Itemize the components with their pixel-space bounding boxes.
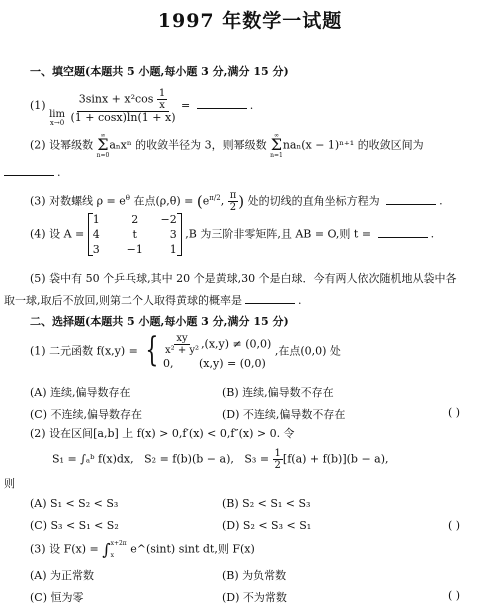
period: . xyxy=(57,166,61,179)
question-1-3: (3) 对数螺线 ρ = eθ 在点(ρ,θ) = (eπ/2, π 2 ) 处… xyxy=(30,190,443,213)
question-1-2: (2) 设幂级数 ∞ Σ n=0 aₙxⁿ 的收敛半径为 3，则幂级数 ∞ Σ … xyxy=(30,133,424,158)
option-key: (D) xyxy=(222,591,239,604)
option-key: (A) xyxy=(30,497,47,510)
option-text: S₂ < S₃ < S₁ xyxy=(243,519,311,532)
s1-definition: S₁ = ∫ₐᵇ f(x)dx, xyxy=(52,453,134,466)
option-2-2-C[interactable]: (C) S₃ < S₁ < S₂ xyxy=(30,519,119,532)
question-2-1: (1) 二元函数 f(x,y) = { xy x² + y² ,(x,y) ≠ … xyxy=(30,333,341,370)
option-key: (C) xyxy=(30,519,47,532)
right-paren: ) xyxy=(238,193,244,211)
left-brace-icon: { xyxy=(146,333,159,370)
inner-fraction: 1 x xyxy=(157,88,167,111)
answer-blank[interactable] xyxy=(386,203,436,205)
left-paren: ( xyxy=(197,193,203,211)
sigma-icon: Σ xyxy=(271,138,282,152)
sum-symbol-1: ∞ Σ n=0 xyxy=(97,133,110,158)
question-label: (3) xyxy=(30,543,46,556)
pi-over-2: π 2 xyxy=(228,190,239,213)
page-title: 1997 年数学一试题 xyxy=(0,6,500,33)
integral-icon: ∫ xyxy=(102,540,110,559)
matrix-cell: 4 xyxy=(93,228,121,241)
option-text: 为正常数 xyxy=(50,569,94,582)
question-1-1: (1) lim x→0 3sinx + x²cos 1 x (1 + cosx)… xyxy=(30,88,253,128)
option-text: 恒为零 xyxy=(51,591,84,604)
option-text: 不连续,偏导数不存在 xyxy=(243,408,346,421)
option-2-1-B[interactable]: (B) 连续,偏导数不存在 xyxy=(222,384,334,400)
s3-prefix: S₃ = xyxy=(244,453,269,466)
question-text: ,B 为三阶非零矩阵,且 AB = O,则 t = xyxy=(185,228,371,241)
question-1-5-line2: 取一球,取后不放回,则第二个人取得黄球的概率是. xyxy=(4,292,302,308)
option-2-1-D[interactable]: (D) 不连续,偏导数不存在 xyxy=(222,406,345,422)
option-text: S₁ < S₂ < S₃ xyxy=(50,497,118,510)
sum-symbol-2: ∞ Σ n=1 xyxy=(270,133,283,158)
frac-den: 2 xyxy=(228,202,238,213)
matrix-A: 1 2 −2 4 t 3 3 −1 1 xyxy=(88,213,182,256)
answer-blank[interactable] xyxy=(245,302,295,304)
integral-upper: x+2π xyxy=(111,541,127,547)
case-1-fraction: xy x² + y² xyxy=(163,333,201,356)
option-text: 不连续,偏导数存在 xyxy=(51,408,143,421)
sum-term: aₙxⁿ xyxy=(109,139,131,152)
case-condition: ,(x,y) ≠ (0,0) xyxy=(201,338,271,351)
section-heading-multiple-choice: 二、选择题(本题共 5 小题,每小题 3 分,满分 15 分) xyxy=(30,313,289,329)
question-text: 对数螺线 ρ = e xyxy=(49,195,126,208)
case-condition: (x,y) = (0,0) xyxy=(199,357,266,370)
inner-den: x xyxy=(157,100,167,111)
option-key: (A) xyxy=(30,569,47,582)
frac-den: x² + y² xyxy=(163,345,201,356)
option-text: 为负常数 xyxy=(242,569,286,582)
option-2-2-D[interactable]: (D) S₂ < S₃ < S₁ xyxy=(222,519,311,532)
option-text: S₃ < S₁ < S₂ xyxy=(51,519,119,532)
question-label: (3) xyxy=(30,195,46,208)
period: . xyxy=(431,228,435,241)
question-2-2: (2) 设在区间[a,b] 上 f(x) > 0,f′(x) < 0,f″(x)… xyxy=(30,425,295,441)
matrix-cell: 2 xyxy=(121,213,149,226)
equals-sign: = xyxy=(181,99,190,112)
answer-blank[interactable] xyxy=(4,174,54,176)
answer-paren[interactable]: ( ) xyxy=(448,589,460,602)
integrand: e^(sint) sint dt xyxy=(130,543,214,556)
s2-definition: S₂ = f(b)(b − a), xyxy=(144,453,234,466)
matrix-cell: 1 xyxy=(149,243,177,256)
sigma-icon: Σ xyxy=(97,138,108,152)
option-2-1-C[interactable]: (C) 不连续,偏导数存在 xyxy=(30,406,142,422)
then-label: 则 xyxy=(4,475,15,491)
frac-den: 2 xyxy=(273,460,283,471)
sum-lower: n=1 xyxy=(270,153,283,158)
option-text: S₂ < S₁ < S₃ xyxy=(242,497,310,510)
case-2: 0, (x,y) = (0,0) xyxy=(163,357,271,370)
question-text: 在点(ρ,θ) = xyxy=(134,195,194,208)
question-text: 设在区间[a,b] 上 f(x) > 0,f′(x) < 0,f″(x) > 0… xyxy=(49,427,294,440)
limit: lim x→0 xyxy=(49,109,65,128)
case-value: 0, xyxy=(163,357,174,370)
option-2-1-A[interactable]: (A) 连续,偏导数存在 xyxy=(30,384,131,400)
option-key: (B) xyxy=(222,497,239,510)
option-2-2-B[interactable]: (B) S₂ < S₁ < S₃ xyxy=(222,497,310,510)
answer-paren[interactable]: ( ) xyxy=(448,519,460,532)
limit-fraction: 3sinx + x²cos 1 x (1 + cosx)ln(1 + x) xyxy=(68,88,177,124)
question-1-2-answer-line: . xyxy=(4,166,61,179)
option-2-3-B[interactable]: (B) 为负常数 xyxy=(222,567,286,583)
question-label: (5) xyxy=(30,272,46,285)
question-label: (1) xyxy=(30,99,46,112)
exponent: θ xyxy=(126,194,130,202)
question-text: 二元函数 f(x,y) = xyxy=(49,345,138,358)
lim-subscript: x→0 xyxy=(50,120,64,128)
integral-limits: x+2π x xyxy=(111,541,127,559)
section-heading-fill-in: 一、填空题(本题共 5 小题,每小题 3 分,满分 15 分) xyxy=(30,63,289,79)
option-2-3-D[interactable]: (D) 不为常数 xyxy=(222,589,287,605)
piecewise-function: { xy x² + y² ,(x,y) ≠ (0,0) 0, (x,y) = (… xyxy=(141,333,271,370)
option-key: (C) xyxy=(30,591,47,604)
question-text: 设 A = xyxy=(49,228,84,241)
question-2-2-definitions: S₁ = ∫ₐᵇ f(x)dx, S₂ = f(b)(b − a), S₃ = … xyxy=(52,448,389,471)
option-2-3-C[interactable]: (C) 恒为零 xyxy=(30,589,84,605)
numerator-text: 3sinx + x²cos xyxy=(79,93,154,106)
option-key: (D) xyxy=(222,408,239,421)
answer-paren[interactable]: ( ) xyxy=(448,406,460,419)
matrix-cell: −2 xyxy=(149,213,177,226)
question-text: 袋中有 50 个乒乓球,其中 20 个是黄球,30 个是白球．今有两人依次随机地… xyxy=(49,272,456,285)
question-text: 设幂级数 xyxy=(49,139,93,152)
integral-lower: x xyxy=(111,553,127,559)
question-label: (4) xyxy=(30,228,46,241)
option-text: 不为常数 xyxy=(243,591,287,604)
option-text: 连续,偏导数存在 xyxy=(50,386,131,399)
option-key: (D) xyxy=(222,519,239,532)
answer-blank[interactable] xyxy=(378,236,428,238)
question-text: ,则 F(x) xyxy=(214,543,254,556)
case-1: xy x² + y² ,(x,y) ≠ (0,0) xyxy=(163,333,271,356)
period: . xyxy=(250,99,254,112)
matrix-cell: 1 xyxy=(93,213,121,226)
sum-term: naₙ(x − 1)ⁿ⁺¹ xyxy=(283,139,354,152)
sum-lower: n=0 xyxy=(97,153,110,158)
s3-suffix: [f(a) + f(b)](b − a), xyxy=(283,453,389,466)
inner-num: 1 xyxy=(157,88,167,100)
frac-num: 1 xyxy=(273,448,283,460)
matrix-cell: −1 xyxy=(121,243,149,256)
question-label: (1) xyxy=(30,345,46,358)
matrix-cell: 3 xyxy=(93,243,121,256)
question-1-4: (4) 设 A = 1 2 −2 4 t 3 3 −1 1 ,B 为三阶非零矩阵… xyxy=(30,213,434,256)
option-text: 连续,偏导数不存在 xyxy=(242,386,334,399)
question-text: 设 F(x) = xyxy=(49,543,99,556)
option-key: (C) xyxy=(30,408,47,421)
frac-num: xy xyxy=(174,333,189,345)
option-2-3-A[interactable]: (A) 为正常数 xyxy=(30,567,94,583)
question-label: (2) xyxy=(30,139,46,152)
question-label: (2) xyxy=(30,427,46,440)
matrix-cell: 3 xyxy=(149,228,177,241)
one-half: 1 2 xyxy=(273,448,283,471)
question-text: 的收敛区间为 xyxy=(358,139,424,152)
period: . xyxy=(439,195,443,208)
question-1-5: (5) 袋中有 50 个乒乓球,其中 20 个是黄球,30 个是白球．今有两人依… xyxy=(30,270,457,286)
matrix-cell: t xyxy=(121,228,149,241)
cases-body: xy x² + y² ,(x,y) ≠ (0,0) 0, (x,y) = (0,… xyxy=(163,333,271,370)
question-text: 取一球,取后不放回,则第二个人取得黄球的概率是 xyxy=(4,294,242,307)
option-key: (A) xyxy=(30,386,47,399)
option-key: (B) xyxy=(222,386,239,399)
question-text: 的收敛半径为 3，则幂级数 xyxy=(135,139,267,152)
answer-blank[interactable] xyxy=(197,107,247,109)
denominator: (1 + cosx)ln(1 + x) xyxy=(68,112,177,124)
period: . xyxy=(298,294,302,307)
question-text: ,在点(0,0) 处 xyxy=(275,345,341,358)
frac-num: π xyxy=(228,190,239,202)
option-key: (B) xyxy=(222,569,239,582)
question-text: 处的切线的直角坐标方程为 xyxy=(248,195,380,208)
option-2-2-A[interactable]: (A) S₁ < S₂ < S₃ xyxy=(30,497,118,510)
question-2-3: (3) 设 F(x) = ∫ x+2π x e^(sint) sint dt,则… xyxy=(30,540,255,559)
numerator: 3sinx + x²cos 1 x xyxy=(77,88,170,112)
